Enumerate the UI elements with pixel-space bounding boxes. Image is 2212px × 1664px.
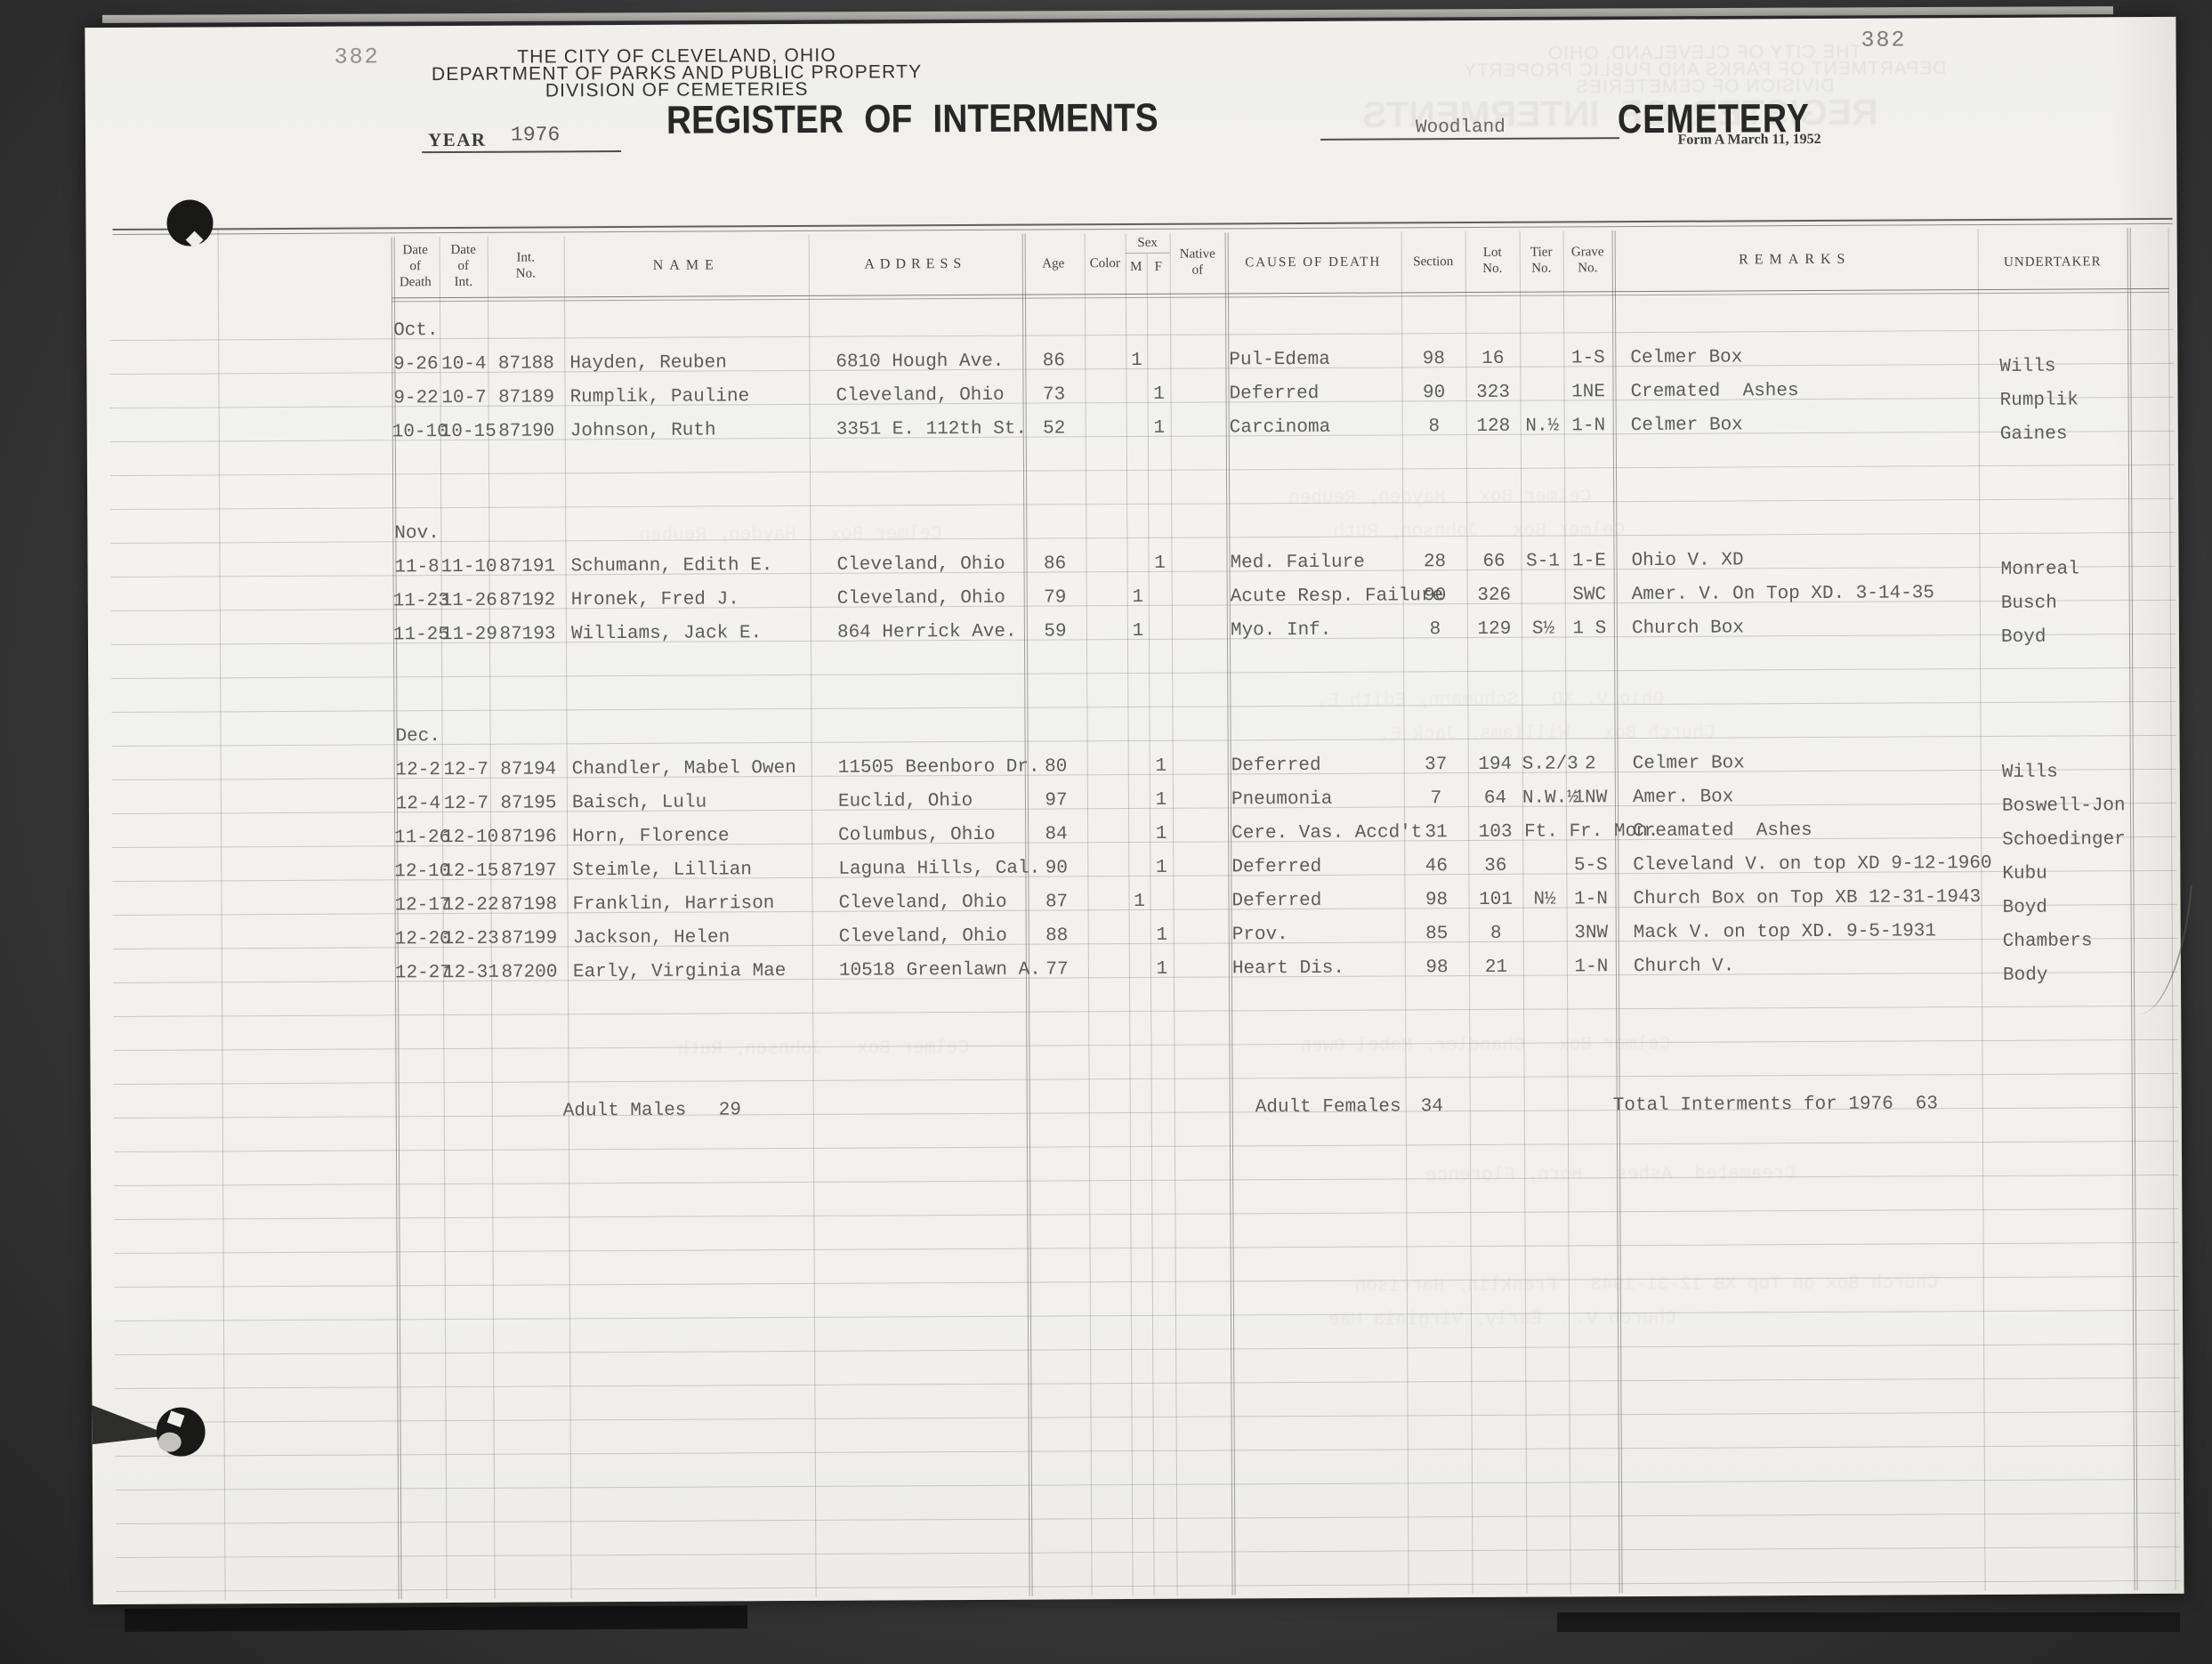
cell-section: 37 (1404, 755, 1468, 775)
cemetery-underline (1320, 137, 1619, 141)
grid-vline (809, 235, 817, 1597)
cell-int: 12-7 (442, 760, 490, 780)
ghost-bleedthrough-row: Celmer Box Chandler, Mabel Owen (1300, 1035, 1670, 1057)
cell-remarks: Celmer Box (1633, 753, 1745, 774)
cell-grave: 1 S (1565, 618, 1614, 639)
cell-no: 87200 (491, 962, 568, 982)
cell-grave: 1-N (1567, 957, 1616, 977)
cell-grave: 1-N (1566, 889, 1615, 909)
cell-int: 12-31 (443, 963, 491, 983)
cell-death: 12-10 (394, 861, 442, 882)
col-header-native-of: Native of (1170, 246, 1225, 278)
cell-name: Rumplik, Pauline (570, 386, 750, 408)
cell-grave: 1NE (1563, 382, 1612, 402)
col-header-sex-f: F (1147, 259, 1170, 275)
cell-grave: SWC (1565, 585, 1614, 605)
month-label: Oct. (393, 320, 439, 341)
cell-lot: 66 (1466, 552, 1521, 572)
ghost-bleedthrough-row: Celmer Box Hayden, Reuben (1288, 487, 1591, 509)
summary-females-value: 34 (1421, 1096, 1443, 1117)
summary-females-label: Adult Females (1255, 1096, 1401, 1118)
ruled-line (116, 1513, 2180, 1524)
cell-name: Horn, Florence (572, 826, 730, 847)
cemetery-name: Woodland (1416, 117, 1506, 139)
cell-section: 98 (1401, 349, 1465, 369)
cell-cause: Heart Dis. (1232, 958, 1344, 980)
cell-name: Chandler, Mabel Owen (572, 758, 796, 779)
cell-section: 28 (1402, 552, 1466, 572)
cell-remarks: Celmer Box (1630, 347, 1742, 368)
cell-age: 86 (1023, 553, 1086, 574)
cell-lot: 64 (1468, 788, 1522, 809)
cell-death: 11-25 (393, 625, 441, 645)
cell-age: 90 (1025, 858, 1087, 878)
summary-total-value: 63 (1916, 1094, 1938, 1114)
cell-death: 11-23 (393, 591, 441, 611)
cell-tier: N½ (1522, 889, 1566, 909)
cell-no: 87198 (490, 894, 567, 915)
cell-cause: Pneumonia (1231, 789, 1333, 811)
cell-grave: 1-E (1564, 551, 1613, 571)
cell-grave: 3NW (1567, 923, 1616, 943)
ruled-line (115, 1242, 2179, 1254)
cell-cause: Deferred (1229, 384, 1319, 405)
cell-int: 11-26 (441, 591, 489, 611)
cell-remarks: Mack V. on top XD. 9-5-1931 (1634, 921, 1936, 943)
cell-cause: Deferred (1231, 891, 1321, 912)
cell-name: Franklin, Harrison (572, 893, 774, 915)
cell-address: 3351 E. 112th St. (836, 419, 1027, 440)
grid-vline (1170, 233, 1178, 1595)
month-label: Nov. (394, 523, 440, 544)
col-header-sex-m: M (1126, 259, 1147, 275)
ruled-line (115, 1310, 2179, 1321)
cell-sex_m: 1 (1128, 892, 1150, 912)
ghost-bleedthrough-letterhead: THE CITY OF CLEVELAND, OHIO DEPARTMENT O… (1269, 42, 2141, 97)
ruled-line (114, 1208, 2178, 1220)
cell-age: 52 (1023, 418, 1086, 439)
cell-lot: 8 (1469, 924, 1523, 944)
ruled-line (113, 1039, 2177, 1051)
cell-grave: 2 (1566, 754, 1615, 774)
cell-lot: 21 (1469, 957, 1523, 978)
ruled-line (116, 1411, 2180, 1423)
page-number-right: 382 (1861, 27, 1906, 53)
cell-undertaker: Wills (1999, 357, 2055, 377)
cell-death: 12-4 (394, 794, 442, 814)
cell-lot: 323 (1465, 383, 1520, 403)
cell-name: Williams, Jack E. (571, 623, 762, 644)
cell-age: 80 (1025, 756, 1087, 777)
cell-cause: Pul-Edema (1229, 350, 1330, 371)
cell-sex_f: 1 (1150, 824, 1173, 844)
ruled-line (111, 701, 2176, 713)
cell-int: 10-4 (440, 354, 488, 375)
cell-section: 8 (1402, 416, 1466, 437)
summary-males-value: 29 (719, 1100, 741, 1120)
cell-remarks: Church Box (1632, 618, 1744, 639)
cell-int: 12-22 (442, 895, 490, 916)
cell-sex_m: 1 (1127, 587, 1149, 608)
cell-undertaker: Boyd (2001, 627, 2047, 648)
cell-sex_m: 1 (1127, 621, 1149, 642)
cell-age: 79 (1024, 587, 1086, 608)
cell-undertaker: Boyd (2003, 898, 2048, 918)
ruled-line (110, 498, 2175, 510)
cell-sex_f: 1 (1150, 790, 1173, 811)
grid-vline (2130, 228, 2138, 1590)
scan-background-strip (125, 1605, 747, 1632)
col-header-tier-no: Tier No. (1520, 244, 1563, 276)
col-header-remarks: REMARKS (1612, 251, 1978, 269)
cell-section: 46 (1404, 856, 1468, 876)
cell-address: Cleveland, Ohio (838, 893, 1006, 914)
col-header-age: Age (1022, 255, 1085, 271)
col-header-name: NAME (564, 257, 809, 274)
cell-death: 12-27 (395, 963, 443, 983)
cell-tier: N.W.½ (1522, 788, 1566, 808)
ruled-line (113, 1006, 2177, 1017)
col-header-undertaker: UNDERTAKER (1978, 254, 2127, 271)
cell-remarks: Celmer Box (1631, 415, 1743, 436)
cell-tier: S-1 (1521, 551, 1564, 571)
cell-no: 87189 (488, 387, 565, 408)
cell-name: Early, Virginia Mae (573, 961, 787, 982)
grid-vline (1978, 229, 1986, 1591)
cell-sex_m: 1 (1126, 351, 1147, 371)
col-header-section: Section (1401, 254, 1465, 270)
col-header-date-of-death: Date of Death (392, 242, 440, 290)
year-underline (422, 150, 621, 153)
cell-remarks: Ohio V. XD (1631, 550, 1743, 571)
cell-undertaker: Gaines (2000, 424, 2068, 445)
cell-remarks: Amer. V. On Top XD. 3-14-35 (1632, 583, 1934, 605)
cell-death: 12-2 (394, 760, 442, 780)
cell-age: 73 (1022, 384, 1085, 405)
cell-lot: 326 (1467, 586, 1522, 606)
cell-section: 8 (1403, 619, 1467, 640)
cell-age: 87 (1025, 892, 1087, 912)
ruled-line (115, 1377, 2179, 1389)
cell-no: 87195 (490, 793, 567, 813)
cell-address: 10518 Greenlawn A. (839, 960, 1041, 981)
col-header-int-no: Int. No. (488, 249, 564, 281)
cell-sex_f: 1 (1150, 858, 1173, 878)
cell-int: 11-10 (440, 557, 488, 578)
cell-name: Baisch, Lulu (572, 793, 706, 814)
col-header-grave-no: Grave No. (1563, 244, 1612, 276)
col-header-address: ADDRESS (809, 256, 1022, 273)
cell-no: 87193 (489, 624, 566, 644)
cell-lot: 16 (1465, 349, 1520, 369)
ruled-line (116, 1547, 2180, 1558)
cell-cause: Cere. Vas. Accd't (1231, 822, 1422, 844)
document-title: REGISTER OF INTERMENTS (666, 95, 1106, 142)
cell-section: 90 (1403, 586, 1467, 606)
cell-undertaker: Body (2003, 965, 2048, 986)
ruled-line (116, 1445, 2180, 1457)
cell-undertaker: Kubu (2002, 864, 2047, 885)
cell-name: Hayden, Reuben (569, 352, 727, 374)
pen-mark (2121, 879, 2193, 1018)
cell-address: Cleveland, Ohio (836, 554, 1005, 576)
cell-no: 87188 (488, 353, 564, 374)
col-header-color: Color (1085, 255, 1126, 271)
cell-undertaker: Rumplik (2000, 390, 2079, 410)
cell-no: 87197 (490, 860, 567, 881)
summary-total-label: Total Interments for 1976 (1613, 1095, 1893, 1117)
grid-vline (2168, 228, 2176, 1590)
cell-remarks: Creamated Ashes (1633, 820, 1812, 842)
col-header-lot-no: Lot No. (1465, 245, 1520, 277)
ruled-line (117, 1580, 2181, 1592)
ghost-bleedthrough-row: Creamated Ashes Horn, Florence (1425, 1164, 1796, 1186)
cell-no: 87190 (488, 421, 565, 441)
ghost-bleedthrough-row: Church Box Williams, Jack E. (1378, 723, 1715, 746)
cell-cause: Carcinoma (1230, 417, 1331, 439)
cell-undertaker: Chambers (2003, 931, 2093, 952)
cell-address: Laguna Hills, Cal. (838, 859, 1040, 880)
grid-vline (2127, 228, 2135, 1590)
cell-int: 11-29 (441, 625, 489, 645)
cell-int: 12-15 (442, 861, 490, 882)
ghost-bleedthrough-row: Ohio V. XD Schumann, Edith E. (1316, 690, 1664, 712)
cell-undertaker: Busch (2001, 594, 2057, 614)
cell-remarks: Cremated Ashes (1630, 381, 1798, 402)
grid-vline (1085, 233, 1093, 1595)
ghost-bleedthrough-row: Celmer Box Johnson, Ruth (677, 1038, 969, 1061)
cell-tier: S.2/3 (1522, 754, 1566, 774)
cell-cause: Deferred (1231, 857, 1321, 878)
cell-int: 12-7 (442, 794, 490, 814)
col-header-date-of-int: Date of Int. (440, 242, 488, 290)
cell-death: 12-17 (394, 895, 442, 916)
cell-tier: N.½ (1521, 416, 1564, 436)
cell-name: Schumann, Edith E. (570, 555, 772, 577)
cell-sex_f: 1 (1150, 959, 1174, 980)
ruled-line (114, 1073, 2178, 1085)
cell-section: 31 (1404, 822, 1468, 843)
cell-undertaker: Boswell-Jon (2002, 796, 2126, 817)
cell-sex_f: 1 (1150, 756, 1173, 777)
cell-tier: S½ (1522, 618, 1565, 639)
letterhead: THE CITY OF CLEVELAND, OHIO DEPARTMENT O… (299, 45, 1055, 100)
cell-death: 11-26 (394, 828, 442, 848)
cell-address: Euclid, Ohio (838, 791, 973, 812)
grid-vline (1126, 233, 1134, 1595)
scan-background-strip (1557, 1612, 2180, 1632)
cell-undertaker: Monreal (2001, 559, 2079, 579)
cell-address: Cleveland, Ohio (837, 588, 1005, 610)
ghost-bleedthrough-row: Celmer Box Hayden, Reuben (639, 524, 941, 546)
cell-sex_f: 1 (1150, 925, 1174, 946)
cell-name: Hronek, Fred J. (571, 589, 739, 610)
cell-age: 88 (1026, 925, 1088, 946)
cell-name: Jackson, Helen (573, 927, 731, 949)
cell-int: 10-7 (440, 388, 488, 408)
ruled-line (110, 464, 2175, 476)
cell-death: 9-26 (392, 354, 440, 375)
ruled-line (115, 1276, 2179, 1288)
month-label: Dec. (395, 726, 440, 747)
cell-no: 87191 (488, 556, 565, 577)
cell-no: 87192 (489, 590, 566, 610)
cell-address: 11505 Beenboro Dr. (838, 757, 1040, 779)
cell-name: Steimle, Lillian (572, 860, 752, 881)
cell-section: 85 (1405, 924, 1469, 944)
year-label: YEAR (428, 129, 487, 151)
col-header-cause-of-death: CAUSE OF DEATH (1225, 254, 1401, 271)
cell-grave: 1-N (1564, 416, 1613, 436)
document-page: 382 382 THE CITY OF CLEVELAND, OHIO DEPA… (85, 17, 2184, 1604)
cell-lot: 194 (1468, 755, 1522, 775)
cell-sex_f: 1 (1148, 553, 1171, 574)
cell-cause: Deferred (1231, 755, 1321, 777)
cell-age: 84 (1025, 824, 1087, 844)
ruled-line (116, 1479, 2180, 1490)
ruled-line (111, 667, 2176, 679)
cell-grave: 1-S (1563, 348, 1612, 368)
cell-sex_f: 1 (1147, 384, 1170, 405)
hole-punch-top (166, 199, 213, 246)
cell-death: 9-22 (392, 388, 440, 408)
cell-undertaker: Wills (2002, 763, 2058, 783)
cell-age: 86 (1022, 351, 1085, 371)
cell-death: 11-8 (392, 557, 440, 578)
cell-age: 77 (1026, 959, 1088, 980)
hole-punch-bottom (156, 1407, 205, 1456)
cell-address: Cleveland, Ohio (836, 385, 1004, 407)
col-header-sex: Sex (1126, 235, 1170, 251)
cell-death: 10-10 (392, 422, 440, 442)
cell-section: 98 (1404, 890, 1468, 910)
cell-address: Cleveland, Ohio (839, 926, 1007, 948)
summary-males-label: Adult Males (563, 1101, 687, 1122)
cell-name: Johnson, Ruth (570, 420, 716, 441)
cell-section: 7 (1404, 788, 1468, 809)
cell-section: 90 (1401, 383, 1465, 403)
cell-lot: 129 (1467, 619, 1522, 640)
cell-grave: 1NW (1566, 788, 1615, 808)
cell-int: 12-10 (442, 828, 490, 848)
cell-address: 864 Herrick Ave. (837, 622, 1017, 643)
cell-cause: Prov. (1232, 925, 1288, 945)
cell-remarks: Cleveland V. on top XD 9-12-1960 (1633, 853, 1991, 876)
ruled-line (114, 1175, 2178, 1186)
cell-address: 6810 Hough Ave. (836, 351, 1004, 373)
cell-no: 87194 (490, 759, 567, 779)
cell-grave: 5-S (1566, 855, 1615, 876)
cell-address: Columbus, Ohio (838, 825, 996, 846)
ruled-line (115, 1344, 2179, 1355)
cell-cause: Med. Failure (1230, 553, 1364, 574)
cell-undertaker: Schoedinger (2002, 829, 2126, 851)
cell-remarks: Amer. Box (1633, 787, 1734, 808)
cell-lot: 101 (1468, 890, 1522, 910)
cell-no: 87199 (491, 928, 568, 949)
ruled-line (114, 1141, 2178, 1152)
cell-age: 97 (1025, 790, 1087, 811)
cell-sex_f: 1 (1148, 418, 1171, 439)
cell-remarks: Church V. (1634, 956, 1735, 977)
cell-lot: 103 (1468, 822, 1522, 843)
cell-no: 87196 (490, 827, 567, 847)
cell-remarks: Church Box on Top XB 12-31-1943 (1633, 887, 1981, 909)
cell-int: 10-15 (440, 422, 488, 442)
year-value: 1976 (511, 123, 560, 146)
cell-death: 12-20 (395, 929, 443, 949)
form-note: Form A March 11, 1952 (1660, 132, 1838, 149)
cell-lot: 128 (1466, 416, 1521, 437)
cell-int: 12-23 (443, 929, 491, 949)
cell-section: 98 (1405, 957, 1469, 978)
ghost-bleedthrough-row: Celmer Box Johnson, Ruth (1333, 521, 1625, 543)
cell-cause: Myo. Inf. (1231, 620, 1332, 642)
cell-lot: 36 (1468, 856, 1522, 876)
cell-age: 59 (1024, 621, 1086, 642)
